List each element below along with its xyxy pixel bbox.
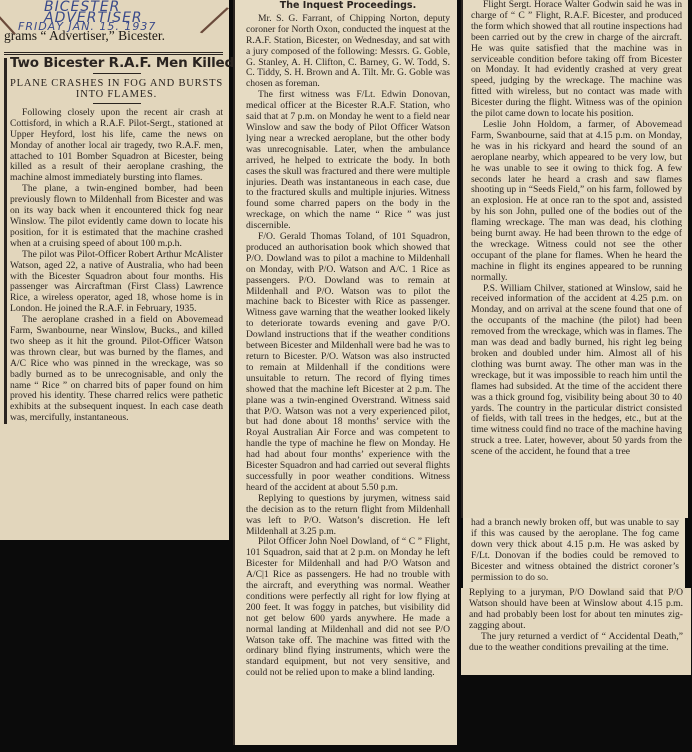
masthead-text: grams “ Advertiser,” Bicester. bbox=[4, 31, 165, 42]
paragraph: Flight Sergt. Horace Walter Godwin said … bbox=[471, 0, 682, 120]
paragraph: F/O. Gerald Thomas Toland, of 101 Squadr… bbox=[246, 232, 450, 494]
paragraph: The pilot was Pilot-Officer Robert Arthu… bbox=[10, 250, 223, 315]
clipping-column-3: Flight Sergt. Horace Walter Godwin said … bbox=[461, 0, 688, 518]
masthead: BICESTER ADVERTISER FRIDAY JAN. 15. 1937… bbox=[4, 0, 223, 48]
paragraph: P.S. William Chilver, stationed at Winsl… bbox=[471, 284, 682, 459]
headline: Two Bicester R.A.F. Men Killed. bbox=[10, 58, 223, 69]
paragraph: Leslie John Holdom, a farmer, of Aboveme… bbox=[471, 120, 682, 284]
paragraph: The aeroplane crashed in a field on Abov… bbox=[10, 315, 223, 424]
paragraph: Mr. S. G. Farrant, of Chipping Norton, d… bbox=[246, 14, 450, 90]
paragraph: Replying to questions by jurymen, witnes… bbox=[246, 494, 450, 538]
headline-box: Two Bicester R.A.F. Men Killed. PLANE CR… bbox=[4, 58, 223, 424]
paragraph: The first witness was F/Lt. Edwin Donova… bbox=[246, 90, 450, 232]
paragraph: Pilot Officer John Noel Dowland, of “ C … bbox=[246, 537, 450, 679]
section-heading: The Inquest Proceedings. bbox=[246, 1, 450, 12]
clipping-column-1: BICESTER ADVERTISER FRIDAY JAN. 15. 1937… bbox=[0, 0, 229, 540]
clipping-column-3-ending: Replying to a juryman, P/O Dowland said … bbox=[461, 588, 691, 675]
clipping-column-2: The Inquest Proceedings. Mr. S. G. Farra… bbox=[233, 0, 457, 745]
paragraph: Following closely upon the recent air cr… bbox=[10, 108, 223, 184]
paragraph: The plane, a twin-engined bomber, had be… bbox=[10, 184, 223, 249]
divider bbox=[93, 73, 141, 74]
paragraph: The jury returned a verdict of “ Acciden… bbox=[469, 632, 683, 654]
paragraph: had a branch newly broken off, but was u… bbox=[471, 518, 679, 583]
subheadline: PLANE CRASHES IN FOG AND BURSTS INTO FLA… bbox=[10, 78, 223, 100]
paragraph: Replying to a juryman, P/O Dowland said … bbox=[469, 588, 683, 632]
clipping-column-3-continuation: had a branch newly broken off, but was u… bbox=[463, 518, 685, 588]
divider bbox=[93, 103, 141, 104]
